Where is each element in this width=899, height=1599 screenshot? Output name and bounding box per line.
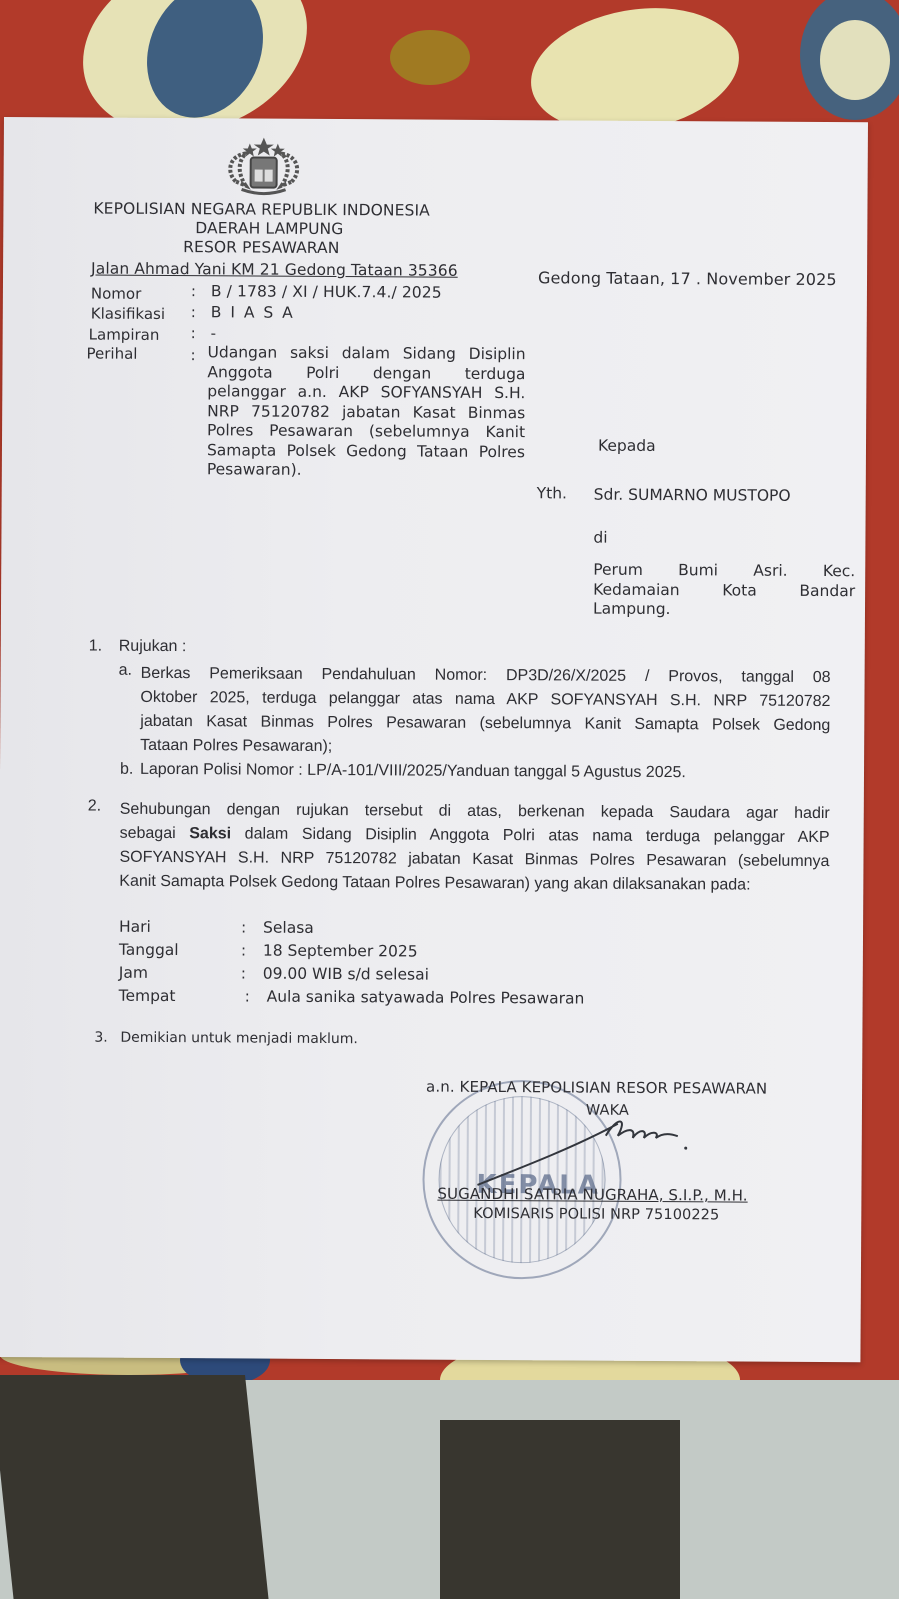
signature-on-behalf: a.n. KEPALA KEPOLISIAN RESOR PESAWARAN (426, 1078, 767, 1098)
perihal-line: Samapta Polsek Gedong Tataan Polres (207, 441, 525, 462)
address-line: Lampung. (593, 600, 855, 621)
klasifikasi-label: Klasifikasi (91, 305, 165, 323)
letterhead-region: DAERAH LAMPUNG (195, 219, 343, 238)
klasifikasi-value: B I A S A (211, 303, 295, 322)
colon: : (245, 985, 267, 1008)
lampiran-label: Lampiran (89, 326, 160, 344)
trouser-leg (440, 1420, 680, 1599)
p2-text-fragment: sebagai (120, 825, 190, 842)
schedule-row: Hari:Selasa (119, 916, 585, 942)
letterhead-unit: RESOR PESAWARAN (183, 238, 339, 257)
perihal-line: Pesawaran). (207, 460, 525, 481)
di-label: di (593, 529, 607, 547)
perihal-text: Udangan saksi dalam Sidang Disiplin Angg… (207, 343, 526, 481)
yth-label: Yth. (537, 484, 567, 502)
p2-text: Sehubungan dengan rujukan tersebut di at… (119, 798, 830, 898)
place-date: Gedong Tataan, 17 . November 2025 (538, 268, 837, 289)
signature-icon (467, 1105, 698, 1196)
nomor-label: Nomor (91, 285, 141, 303)
perihal-line: NRP 75120782 jabatan Kasat Binmas (207, 402, 525, 423)
nomor-value: B / 1783 / XI / HUK.7.4./ 2025 (211, 282, 442, 301)
schedule-row: Tempat:Aula sanika satyawada Polres Pesa… (119, 985, 585, 1011)
schedule-row: Jam:09.00 WIB s/d selesai (119, 962, 585, 988)
p1b-label: b. (120, 761, 133, 779)
recipient-name: Sdr. SUMARNO MUSTOPO (594, 486, 791, 505)
schedule-label: Tanggal (119, 939, 241, 963)
flower-motif (820, 20, 890, 100)
schedule-row: Tanggal:18 September 2025 (119, 939, 585, 965)
letterhead-address: Jalan Ahmad Yani KM 21 Gedong Tataan 353… (91, 260, 458, 280)
saksi-emphasis: Saksi (189, 825, 231, 842)
perihal-line: pelanggar a.n. AKP SOFYANSYAH S.H. (207, 382, 525, 403)
schedule-value: Aula sanika satyawada Polres Pesawaran (267, 988, 585, 1008)
schedule-table: Hari:Selasa Tanggal:18 September 2025 Ja… (119, 916, 585, 1011)
p2-number: 2. (88, 798, 101, 816)
address-line: Perum Bumi Asri. Kec. (593, 561, 855, 582)
perihal-label: Perihal (87, 345, 138, 363)
perihal-line: Udangan saksi dalam Sidang Disiplin (208, 343, 526, 364)
p2-line: Kanit Samapta Polsek Gedong Tataan Polre… (119, 870, 829, 898)
letterhead-institution: KEPOLISIAN NEGARA REPUBLIK INDONESIA (93, 200, 430, 220)
p1a-line: Tataan Polres Pesawaran); (140, 734, 830, 762)
lampiran-value: - (211, 324, 217, 342)
schedule-label: Jam (119, 962, 241, 986)
schedule-value: 18 September 2025 (263, 942, 418, 961)
p1b-text: Laporan Polisi Nomor : LP/A-101/VIII/202… (140, 761, 686, 782)
p1a-label: a. (119, 662, 132, 680)
address-line: Kedamaian Kota Bandar (593, 580, 855, 601)
p1-number: 1. (89, 638, 102, 656)
schedule-value: Selasa (263, 919, 314, 937)
colon: : (191, 282, 196, 300)
colon: : (241, 962, 263, 985)
schedule-value: 09.00 WIB s/d selesai (263, 965, 429, 984)
colon: : (241, 939, 263, 962)
p1-title: Rujukan : (119, 638, 187, 656)
schedule-label: Tempat (119, 985, 245, 1009)
colon: : (241, 916, 263, 939)
perihal-line: Polres Pesawaran (sebelumnya Kanit (207, 421, 525, 442)
signatory-name: SUGANDHI SATRIA NUGRAHA, S.I.P., M.H. (437, 1185, 747, 1205)
colon: : (190, 346, 195, 364)
p3-number: 3. (94, 1030, 107, 1046)
leaf-motif (390, 30, 470, 85)
schedule-label: Hari (119, 916, 241, 940)
p3-text: Demikian untuk menjadi maklum. (120, 1030, 358, 1047)
colon: : (191, 324, 196, 342)
trouser-leg (0, 1375, 269, 1599)
p2-text-fragment: dalam Sidang Disiplin Anggota Polri atas… (231, 825, 830, 846)
p1a-text: Berkas Pemeriksaan Pendahuluan Nomor: DP… (140, 662, 831, 762)
letter-document: KEPOLISIAN NEGARA REPUBLIK INDONESIA DAE… (0, 117, 868, 1362)
kepada-label: Kepada (598, 437, 656, 455)
police-crest-icon (222, 135, 306, 198)
signatory-rank-nrp: KOMISARIS POLISI NRP 75100225 (473, 1206, 719, 1224)
perihal-line: Anggota Polri dengan terduga (207, 363, 525, 384)
colon: : (191, 303, 196, 321)
recipient-address: Perum Bumi Asri. Kec. Kedamaian Kota Ban… (593, 561, 855, 621)
